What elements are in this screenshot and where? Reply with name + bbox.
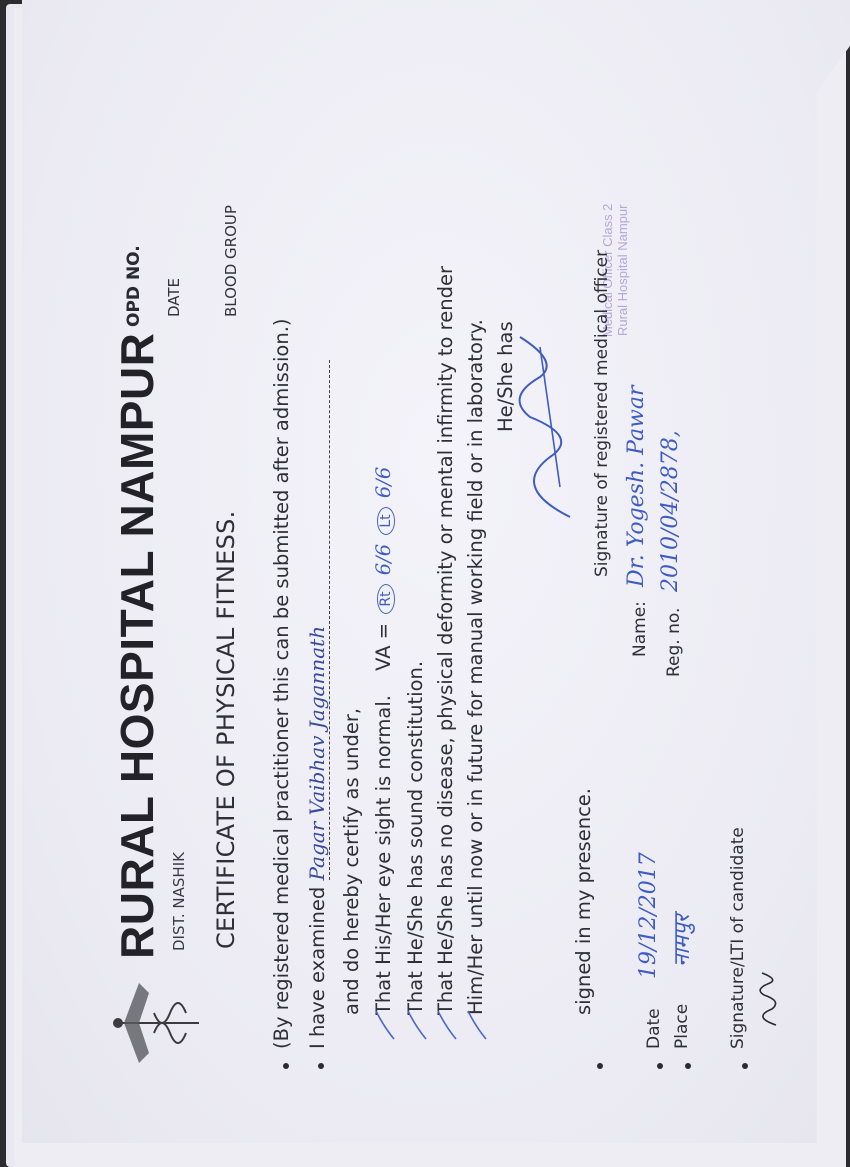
certify-line: and do hereby certify as under, xyxy=(340,708,363,1015)
caduceus-icon xyxy=(104,963,204,1083)
bullet xyxy=(597,1063,603,1069)
examined-line: I have examined Pagar Vaibhav Jagannath xyxy=(305,361,330,1050)
certificate-title: CERTIFICATE OF PHYSICAL FITNESS. xyxy=(212,510,240,949)
va-right-eye-value: 6/6 xyxy=(372,544,395,575)
certificate-page: RURAL HOSPITAL NAMPUR DIST. NASHIK OPD N… xyxy=(0,0,850,1167)
signed-presence-line: signed in my presence. xyxy=(572,788,595,1015)
officer-name-value: Dr. Yogesh. Pawar xyxy=(624,385,649,587)
officer-signature xyxy=(500,327,590,527)
registration-number-value: 2010/04/2878, xyxy=(658,430,683,592)
footer-place-value: नामपुर xyxy=(666,914,696,967)
candidate-signature-label: Signature/LTI of candidate xyxy=(728,827,748,1049)
bullet xyxy=(657,1063,663,1069)
future-work-line: Him/Her until now or in future for manua… xyxy=(464,319,487,1015)
constitution-line: That He/She has sound constitution. xyxy=(404,661,427,1015)
officer-signature-label: Signature of registered medical officer xyxy=(592,250,612,577)
checkmark-icons xyxy=(360,987,510,1047)
va-left-eye-value: 6/6 xyxy=(372,467,395,498)
blood-group-label: BLOOD GROUP xyxy=(222,205,240,317)
footer-date-label: Date xyxy=(644,1008,664,1049)
bullet xyxy=(283,1063,289,1069)
officer-name-label: Name: xyxy=(630,601,650,657)
eyesight-line: That His/Her eye sight is normal. VA = R… xyxy=(372,467,395,1015)
header-date-label: DATE xyxy=(165,278,183,317)
va-label: VA = xyxy=(372,623,395,671)
submission-note: (By registered medical practitioner this… xyxy=(270,319,293,1050)
footer-place-label: Place xyxy=(672,1004,692,1049)
eyesight-text: That His/Her eye sight is normal. xyxy=(372,695,395,1015)
opd-number-label: OPD NO. xyxy=(124,245,144,327)
va-left-eye-label: Lt xyxy=(377,507,395,534)
hospital-name: RURAL HOSPITAL NAMPUR xyxy=(110,333,164,959)
bullet xyxy=(685,1063,691,1069)
va-right-eye-label: Rt xyxy=(377,584,395,613)
candidate-name: Pagar Vaibhav Jagannath xyxy=(305,361,330,881)
registration-number-label: Reg. no. xyxy=(664,608,684,677)
candidate-signature xyxy=(748,969,784,1029)
bullet xyxy=(742,1063,748,1069)
disease-line: That He/She has no disease, physical def… xyxy=(434,266,457,1015)
bullet xyxy=(318,1063,324,1069)
footer-date-value: 19/12/2017 xyxy=(636,852,661,979)
district-label: DIST. NASHIK xyxy=(170,852,188,951)
examined-prefix: I have examined xyxy=(306,887,329,1049)
